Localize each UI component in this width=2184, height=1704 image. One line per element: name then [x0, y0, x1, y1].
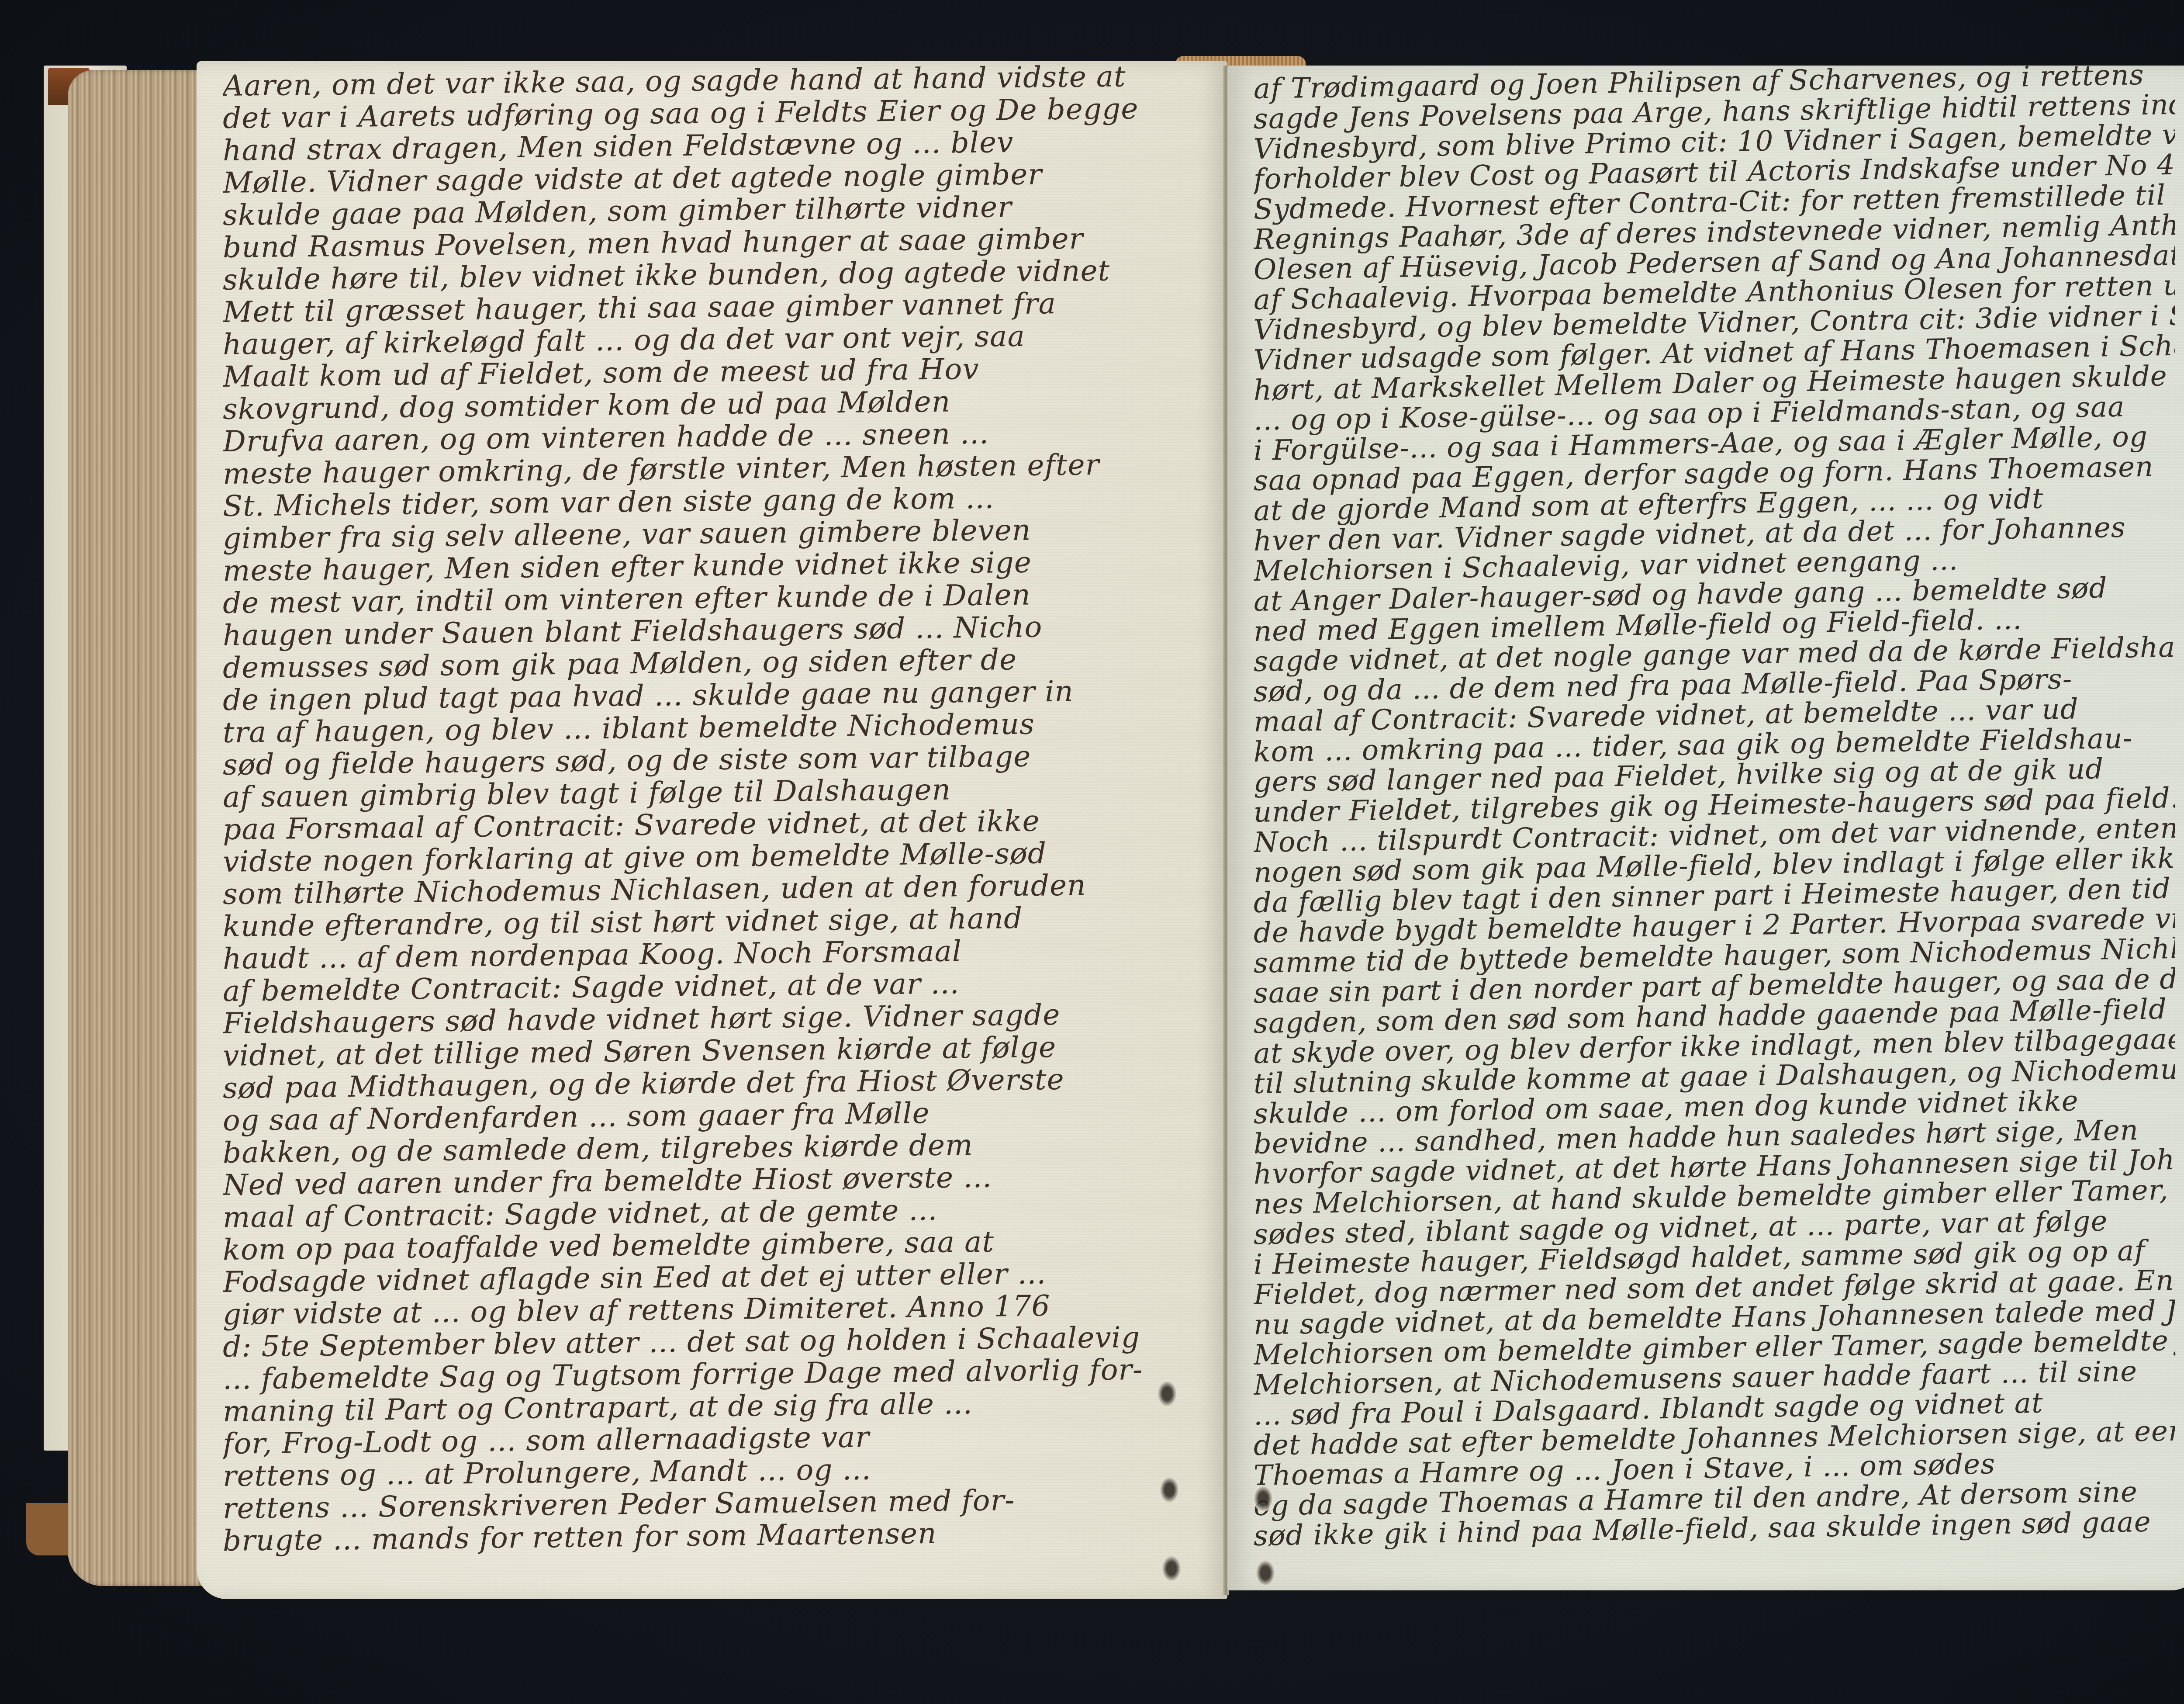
binding-hole [1158, 1381, 1177, 1407]
left-page-text: Aaren, om det var ikke saa, og sagde han… [223, 70, 1201, 1557]
left-page: Aaren, om det var ikke saa, og sagde han… [197, 61, 1227, 1599]
binding-hole [1256, 1560, 1275, 1586]
binding-hole [1254, 1486, 1273, 1512]
binding-hole [1160, 1477, 1179, 1503]
right-page-text: af Trødimgaard og Joen Philipsen af Scha… [1254, 74, 2175, 1552]
left-page-block-edge [68, 70, 216, 1586]
binding-hole [1162, 1555, 1181, 1582]
right-page: af Trødimgaard og Joen Philipsen af Scha… [1227, 66, 2184, 1590]
